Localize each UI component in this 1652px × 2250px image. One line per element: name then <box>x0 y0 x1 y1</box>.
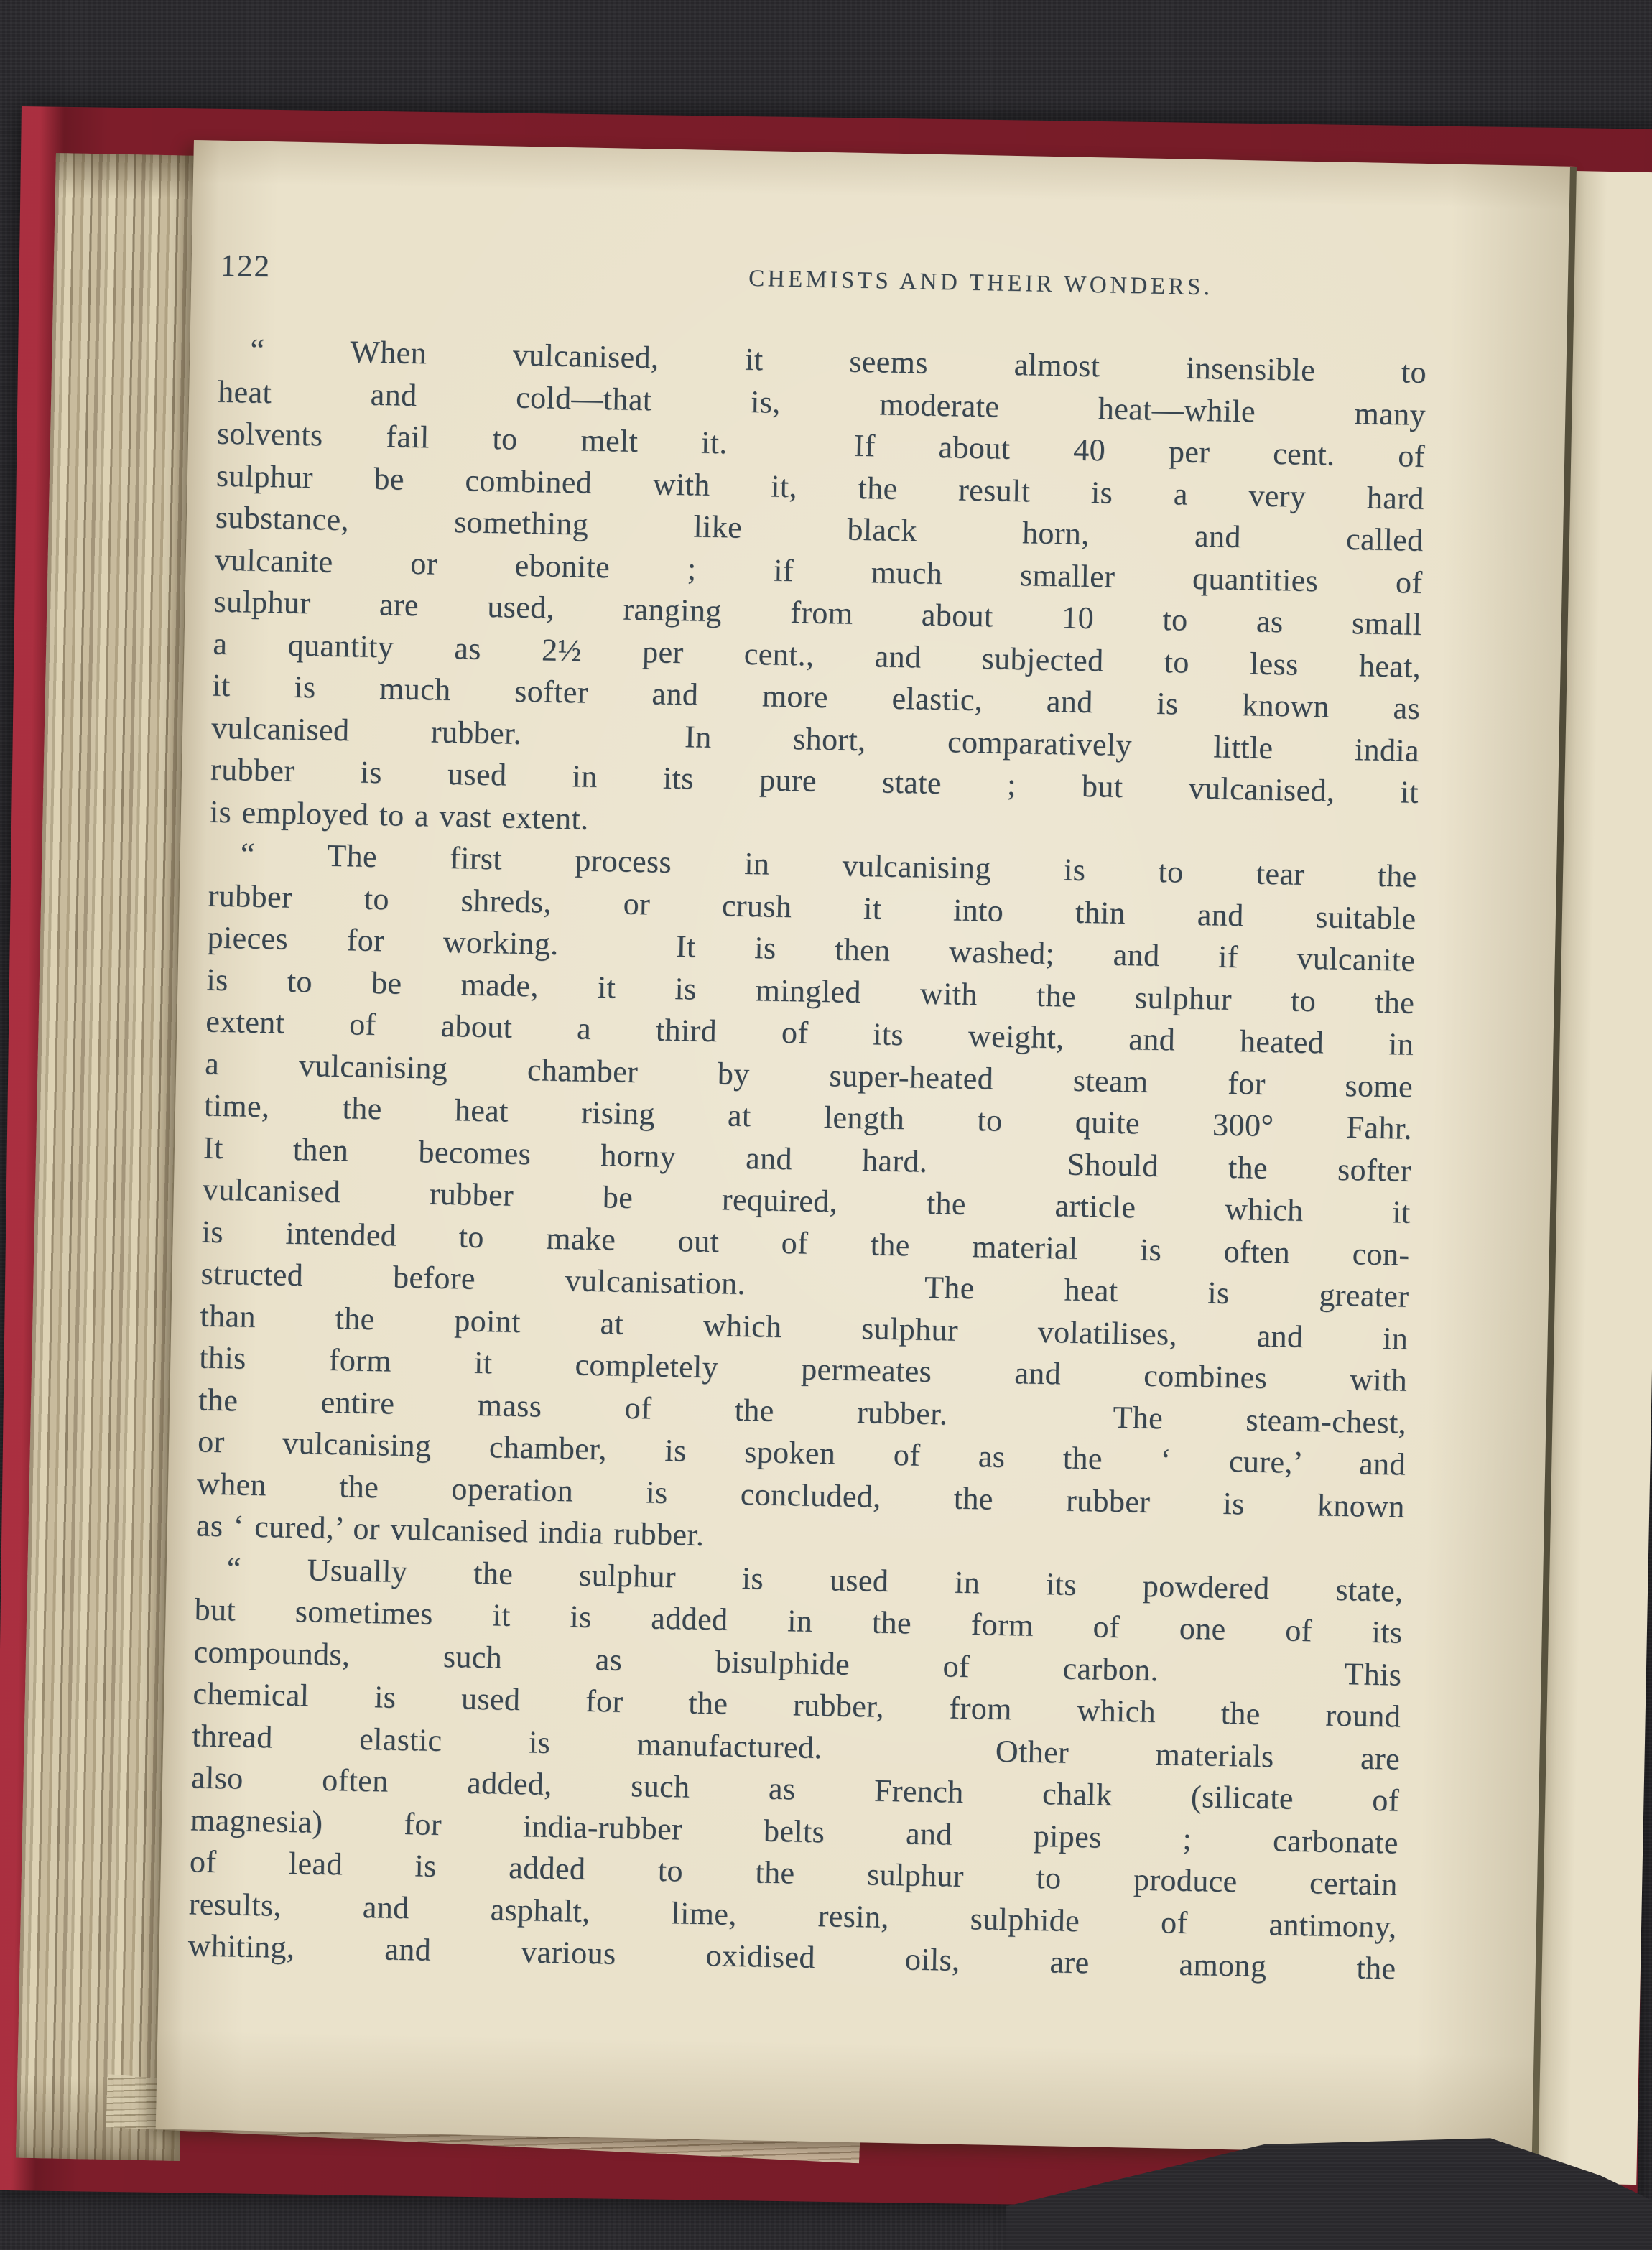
paragraph: “ When vulcanised, it seems almost insen… <box>209 329 1426 856</box>
page-header: 122 CHEMISTS AND THEIR WONDERS. <box>220 248 1429 322</box>
book-page: 122 CHEMISTS AND THEIR WONDERS. “ When v… <box>156 140 1577 2155</box>
running-header: CHEMISTS AND THEIR WONDERS. <box>470 260 1491 306</box>
paragraphs: “ When vulcanised, it seems almost insen… <box>187 329 1426 1990</box>
paragraph: “ Usually the sulphur is used in its pow… <box>187 1547 1403 1990</box>
page-content: 122 CHEMISTS AND THEIR WONDERS. “ When v… <box>187 248 1429 1990</box>
page-number: 122 <box>220 248 407 287</box>
paragraph: “ The first process in vulcanising is to… <box>195 833 1417 1571</box>
book-photo-scene: 122 CHEMISTS AND THEIR WONDERS. “ When v… <box>0 0 1652 2250</box>
